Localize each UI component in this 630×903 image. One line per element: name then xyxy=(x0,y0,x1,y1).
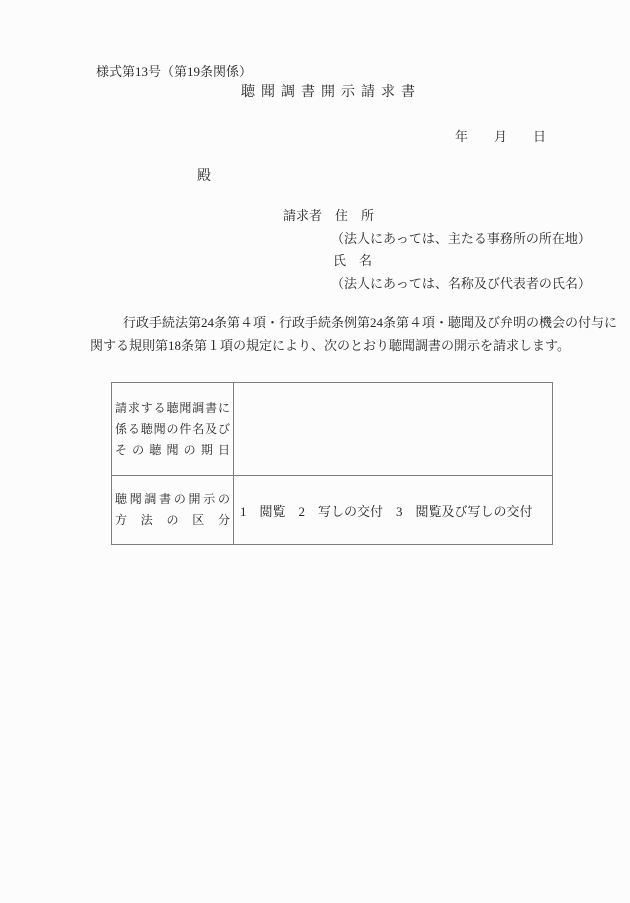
requester-address-label: 請求者 住 所 xyxy=(283,207,374,225)
form-number: 様式第13号（第19条関係） xyxy=(96,63,252,81)
body-line-2: 関する規則第18条第１項の規定により、次のとおり聴聞調書の開示を請求します。 xyxy=(90,334,617,357)
body-paragraph: 行政手続法第24条第４項・行政手続条例第24条第４項・聴聞及び弁明の機会の付与に… xyxy=(90,311,617,357)
requester-name-corporate-note: （法人にあっては、名称及び代表者の氏名） xyxy=(331,275,591,293)
date-line: 年 月 日 xyxy=(455,128,546,146)
request-table: 請求する聴聞調書に 係る聴聞の件名及び その聴聞の期日 聴聞調書の開示の 方法の… xyxy=(111,382,553,545)
body-line-1: 行政手続法第24条第４項・行政手続条例第24条第４項・聴聞及び弁明の機会の付与に xyxy=(90,311,617,334)
disclosure-method-label-line-1: 聴聞調書の開示の xyxy=(115,489,230,510)
table-row-disclosure-method: 聴聞調書の開示の 方法の区分 1 閲覧 2 写しの交付 3 閲覧及び写しの交付 xyxy=(112,476,553,545)
document-title: 聴聞調書開示請求書 xyxy=(241,83,421,103)
hearing-subject-value-cell xyxy=(234,383,553,476)
disclosure-method-label-cell: 聴聞調書の開示の 方法の区分 xyxy=(112,476,234,545)
hearing-subject-label-line-1: 請求する聴聞調書に xyxy=(115,398,230,419)
disclosure-method-value-cell: 1 閲覧 2 写しの交付 3 閲覧及び写しの交付 xyxy=(234,476,553,545)
requester-name-label: 氏 名 xyxy=(333,252,372,270)
disclosure-method-label-line-2: 方法の区分 xyxy=(115,510,230,531)
table-row-hearing-subject: 請求する聴聞調書に 係る聴聞の件名及び その聴聞の期日 xyxy=(112,383,553,476)
hearing-subject-label-cell: 請求する聴聞調書に 係る聴聞の件名及び その聴聞の期日 xyxy=(112,383,234,476)
requester-address-corporate-note: （法人にあっては、主たる事務所の所在地） xyxy=(331,230,591,248)
document-page: 様式第13号（第19条関係） 聴聞調書開示請求書 年 月 日 殿 請求者 住 所… xyxy=(0,0,630,903)
addressee-honorific: 殿 xyxy=(197,168,211,186)
hearing-subject-label-line-2: 係る聴聞の件名及び xyxy=(115,419,230,440)
hearing-subject-label-line-3: その聴聞の期日 xyxy=(115,440,230,461)
